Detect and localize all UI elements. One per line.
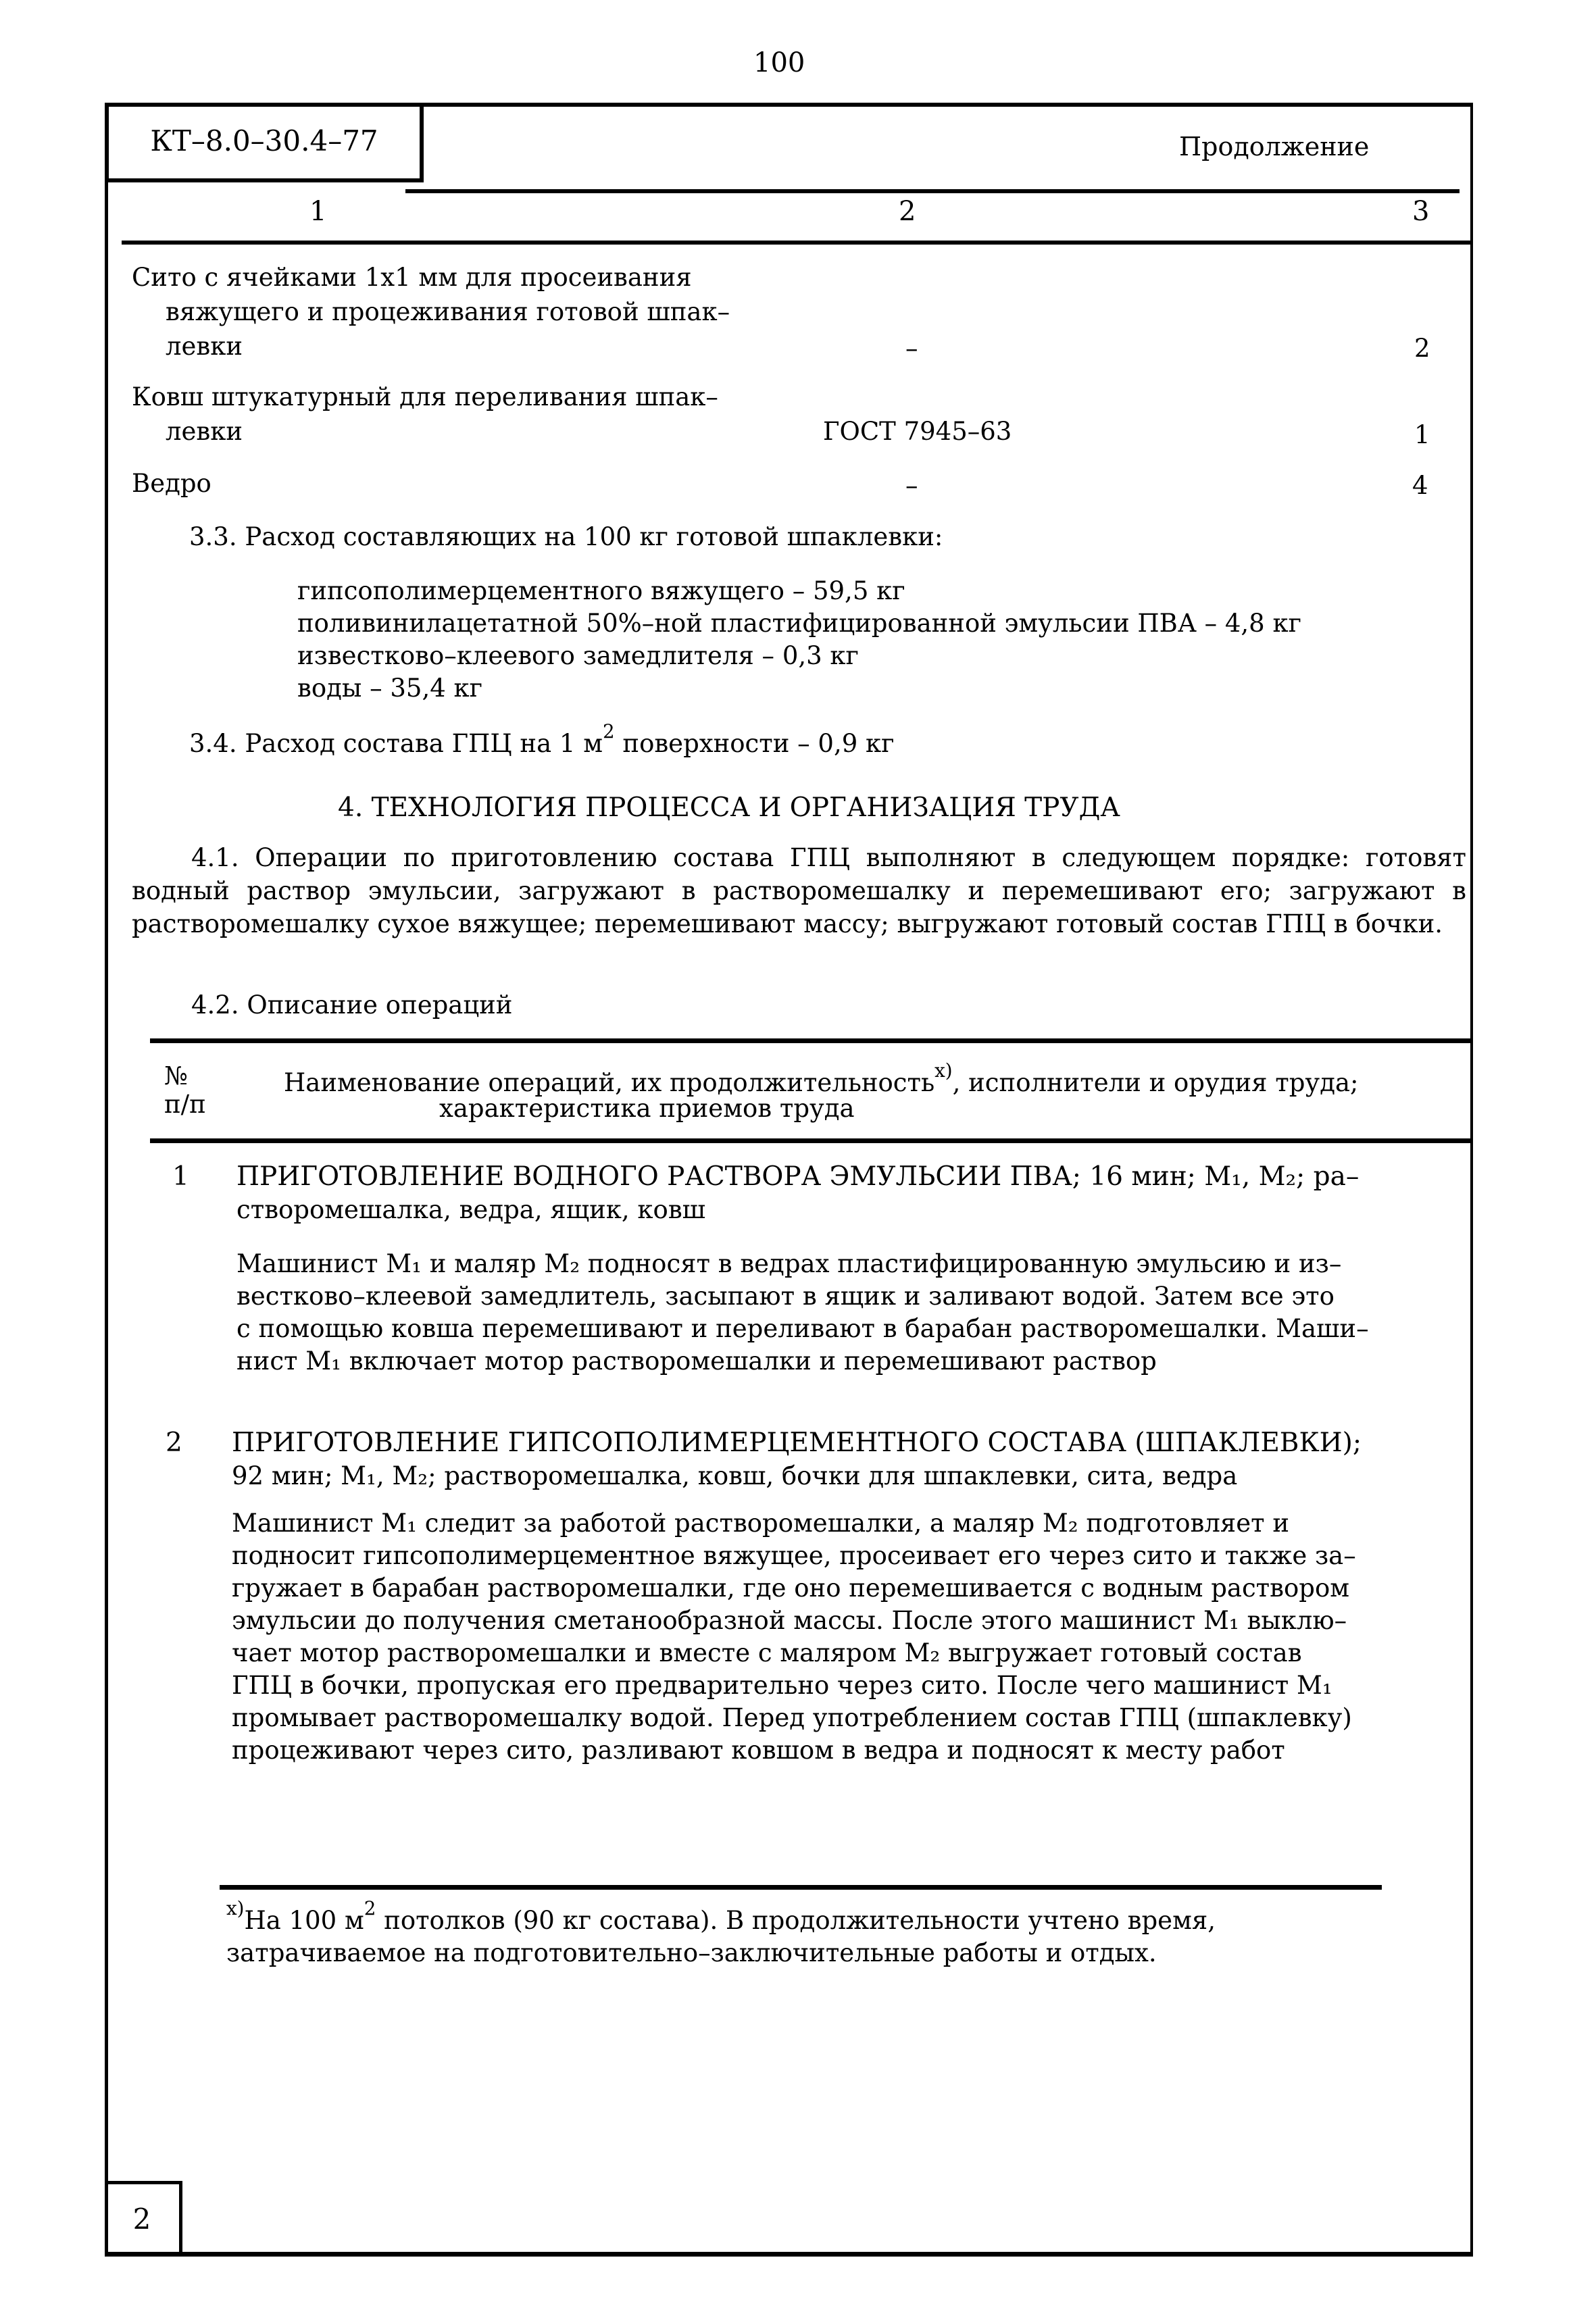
table-top-rule [405, 189, 1460, 193]
operations-header-rule [150, 1138, 1473, 1143]
section-3-4-text: поверхности – 0,9 кг [615, 729, 895, 758]
operation-description: чает мотор растворомешалки и вместе с ма… [232, 1638, 1302, 1669]
resource-name: Ковш штукатурный для переливания шпак– [132, 380, 718, 415]
sheet-number-box: 2 [105, 2181, 182, 2257]
document-code-box: КТ–8.0–30.4–77 [105, 103, 424, 182]
operation-title: ПРИГОТОВЛЕНИЕ ВОДНОГО РАСТВОРА ЭМУЛЬСИИ … [236, 1161, 1359, 1193]
section-3-4-text: 3.4. Расход состава ГПЦ на 1 м [189, 729, 603, 758]
operation-number: 1 [172, 1161, 189, 1193]
footnote-line1: х)На 100 м2 потолков (90 кг состава). В … [226, 1905, 1216, 1936]
operation-description: гружает в барабан растворомешалки, где о… [232, 1573, 1349, 1604]
superscript: 2 [364, 1897, 376, 1919]
operation-description: эмульсии до получения сметанообразной ма… [232, 1605, 1347, 1636]
footnote-marker: х) [226, 1897, 244, 1919]
footnote-rule [220, 1885, 1382, 1890]
document-code: КТ–8.0–30.4–77 [150, 124, 378, 157]
section-3-4: 3.4. Расход состава ГПЦ на 1 м2 поверхно… [189, 728, 895, 759]
resource-standard: – [905, 331, 918, 366]
operation-description: Машинист М₁ следит за работой раствороме… [232, 1508, 1289, 1539]
operation-title: ПРИГОТОВЛЕНИЕ ГИПСОПОЛИМЕРЦЕМЕНТНОГО СОС… [232, 1427, 1362, 1459]
column-number-3: 3 [1412, 196, 1429, 227]
section-3-3-heading: 3.3. Расход составляющих на 100 кг готов… [189, 522, 943, 553]
number-header-label: п/п [164, 1089, 206, 1120]
footnote-text: На 100 м [244, 1906, 364, 1935]
footnote-marker: х) [934, 1059, 952, 1082]
operation-description: процеживают через сито, разливают ковшом… [232, 1735, 1285, 1766]
operation-description: Машинист М₁ и маляр М₂ подносят в ведрах… [236, 1249, 1341, 1280]
resource-name: Ведро [132, 466, 211, 501]
operation-title: створомешалка, ведра, ящик, ковш [236, 1194, 705, 1226]
resource-name: левки [166, 329, 243, 364]
consumption-item: известково–клеевого замедлителя – 0,3 кг [297, 640, 859, 672]
paragraph-4-2: 4.2. Описание операций [191, 990, 512, 1021]
operation-number: 2 [166, 1427, 182, 1459]
consumption-item: гипсополимерцементного вяжущего – 59,5 к… [297, 576, 905, 607]
resource-standard: ГОСТ 7945–63 [823, 414, 1012, 449]
operations-header-line2: характеристика приемов труда [439, 1093, 855, 1124]
sheet-number: 2 [133, 2203, 151, 2236]
resource-quantity: 4 [1412, 468, 1428, 503]
resource-name: вяжущего и процеживания готовой шпак– [166, 295, 730, 330]
superscript: 2 [603, 720, 615, 743]
footnote-text: потолков (90 кг состава). В продолжитель… [376, 1906, 1216, 1935]
operations-top-rule [150, 1038, 1473, 1043]
operation-description: нист М₁ включает мотор растворомешалки и… [236, 1346, 1157, 1377]
column-number-2: 2 [899, 196, 916, 227]
continuation-label: Продолжение [1179, 132, 1369, 161]
operation-description: ГПЦ в бочки, пропуская его предварительн… [232, 1670, 1332, 1701]
operation-title: 92 мин; М₁, М₂; растворомешалка, ковш, б… [232, 1461, 1237, 1492]
resource-name: Сито с ячейками 1х1 мм для просеивания [132, 260, 692, 295]
operations-header-text: , исполнители и орудия труда; [953, 1068, 1359, 1097]
column-number-1: 1 [309, 196, 326, 227]
consumption-item: поливинилацетатной 50%–ной пластифициров… [297, 608, 1301, 639]
operation-description: подносит гипсополимерцементное вяжущее, … [232, 1540, 1356, 1571]
operation-description: вестково–клеевой замедлитель, засыпают в… [236, 1281, 1335, 1312]
operation-description: промывает растворомешалку водой. Перед у… [232, 1703, 1352, 1734]
resource-standard: – [905, 468, 918, 503]
number-header-symbol: № [164, 1061, 188, 1092]
section-4-title: 4. ТЕХНОЛОГИЯ ПРОЦЕССА И ОРГАНИЗАЦИЯ ТРУ… [338, 792, 1120, 824]
operation-description: с помощью ковша перемешивают и переливаю… [236, 1313, 1369, 1344]
resource-quantity: 2 [1414, 331, 1430, 366]
resource-quantity: 1 [1414, 418, 1430, 453]
page-number: 100 [753, 47, 805, 78]
consumption-item: воды – 35,4 кг [297, 673, 482, 704]
resource-name: левки [166, 414, 243, 449]
footnote-line2: затрачиваемое на подготовительно–заключи… [226, 1938, 1157, 1969]
paragraph-4-1: 4.1. Операции по приготовлению состава Г… [132, 841, 1466, 940]
table-header-rule [122, 241, 1473, 245]
